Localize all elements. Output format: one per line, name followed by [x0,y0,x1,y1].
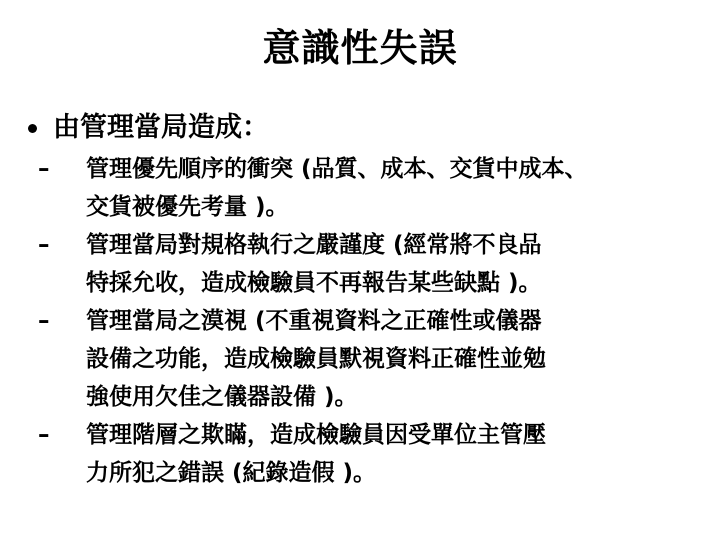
sub-bullet-line: 設備之功能，造成檢驗員默視資料正確性並勉 [86,340,718,378]
sub-bullet-item: – 管理當局之漠視 (不重視資料之正確性或儀器 設備之功能，造成檢驗員默視資料正… [38,302,718,416]
sub-bullet-item: – 管理階層之欺瞞，造成檢驗員因受單位主管壓 力所犯之錯誤 (紀錄造假 )。 [38,416,718,492]
dash-icon: – [38,302,86,340]
dash-icon: – [38,416,86,454]
sub-bullet-item: – 管理優先順序的衝突 (品質、成本、交貨中成本、 交貨被優先考量 )。 [38,150,718,226]
sub-bullet-line: 交貨被優先考量 )。 [86,188,718,226]
sub-bullet-line: 管理當局對規格執行之嚴謹度 (經常將不良品 [86,226,718,264]
sub-bullet-line: 管理當局之漠視 (不重視資料之正確性或儀器 [86,302,718,340]
sub-bullet-line: 力所犯之錯誤 (紀錄造假 )。 [86,454,718,492]
sub-bullet-list: – 管理優先順序的衝突 (品質、成本、交貨中成本、 交貨被優先考量 )。 – 管… [38,150,718,492]
sub-bullet-item: – 管理當局對規格執行之嚴謹度 (經常將不良品 特採允收，造成檢驗員不再報告某些… [38,226,718,302]
dash-icon: – [38,150,86,188]
dash-icon: – [38,226,86,264]
sub-bullet-line: 管理階層之欺瞞，造成檢驗員因受單位主管壓 [86,416,718,454]
main-bullet-text: 由管理當局造成： [53,108,269,148]
main-bullet: 由管理當局造成： [28,108,269,148]
bullet-dot-icon [28,124,37,133]
sub-bullet-line: 特採允收，造成檢驗員不再報告某些缺點 )。 [86,264,718,302]
sub-bullet-line: 強使用欠佳之儀器設備 )。 [86,378,718,416]
sub-bullet-line: 管理優先順序的衝突 (品質、成本、交貨中成本、 [86,150,718,188]
slide-title: 意識性失誤 [0,20,720,76]
